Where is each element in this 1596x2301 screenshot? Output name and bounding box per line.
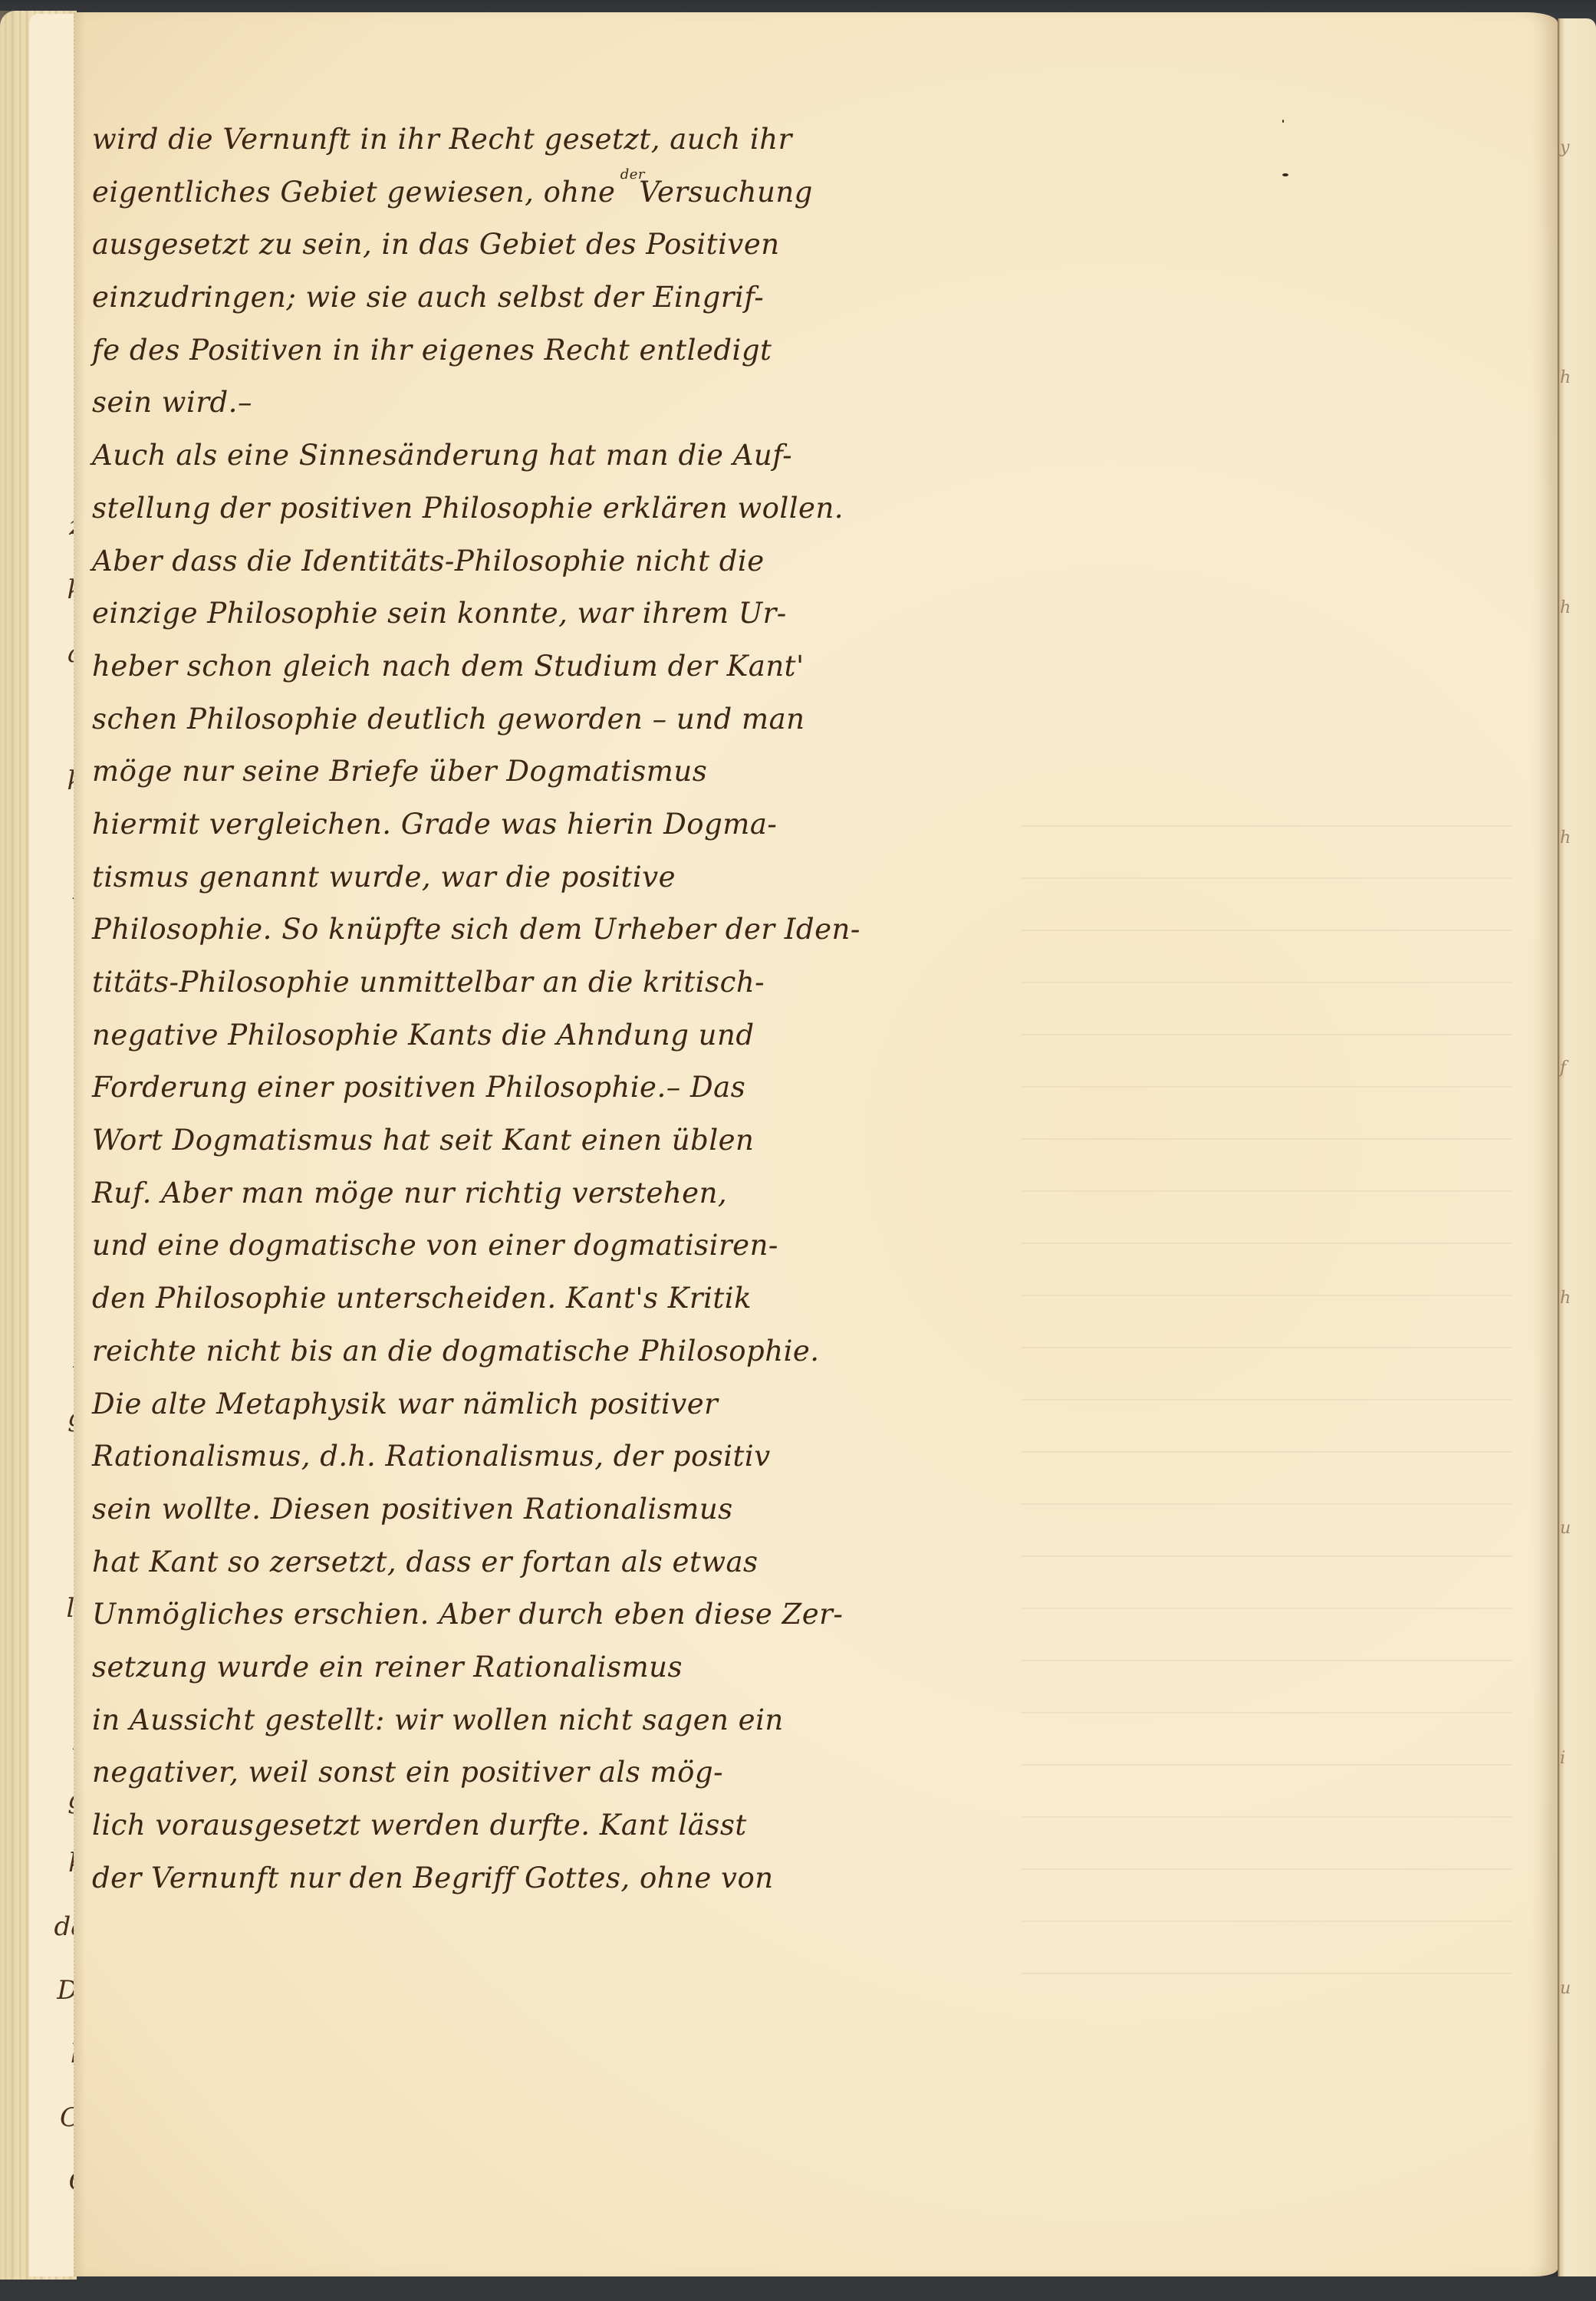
next-page-mark: h [1560,368,1574,387]
next-page-mark: h [1560,828,1574,848]
previous-page-strip: fAumstWzuknabnkuViVfnitalCmdfagadialligm… [29,14,77,2276]
paper-speck [1282,173,1288,176]
manuscript-line: Rationalismus, d.h. Rationalismus, der p… [92,1430,905,1483]
next-page-mark: u [1560,1519,1574,1538]
interlinear-insertion: der [620,166,645,183]
manuscript-line: tismus genannt wurde, war die positive [92,851,905,904]
manuscript-line: titäts-Philosophie unmittelbar an die kr… [92,956,905,1009]
manuscript-line: einzige Philosophie sein konnte, war ihr… [92,588,905,640]
next-page-mark: h [1560,598,1574,617]
manuscript-line: in Aussicht gestellt: wir wollen nicht s… [92,1694,905,1747]
next-page-edge [1558,18,1596,2276]
manuscript-line: reichte nicht bis an die dogmatische Phi… [92,1325,905,1378]
manuscript-line: Aber dass die Identitäts-Philosophie nic… [92,535,905,588]
manuscript-line: möge nur seine Briefe über Dogmatismus [92,746,905,798]
manuscript-line: einzudringen; wie sie auch selbst der Ei… [92,272,905,324]
manuscript-line: lich vorausgesetzt werden durfte. Kant l… [92,1799,905,1852]
manuscript-line: der Vernunft nur den Begriff Gottes, ohn… [92,1852,905,1905]
manuscript-line: Die alte Metaphysik war nämlich positive… [92,1378,905,1431]
manuscript-line: heber schon gleich nach dem Studium der … [92,640,905,693]
scanner-backdrop-bottom [0,2276,1596,2301]
next-page-mark: f [1560,1058,1574,1078]
paper-speck [1282,120,1284,123]
manuscript-line: Auch als eine Sinnesänderung hat man die… [92,430,905,482]
next-page-mark: i [1560,1749,1574,1768]
next-page-mark: h [1560,1289,1574,1308]
line-text-continued: Versuchung [630,176,813,209]
manuscript-line: hat Kant so zersetzt, dass er fortan als… [92,1536,905,1589]
manuscript-line: negative Philosophie Kants die Ahndung u… [92,1009,905,1062]
manuscript-line: fe des Positiven in ihr eigenes Recht en… [92,324,905,377]
manuscript-line: den Philosophie unterscheiden. Kant's Kr… [92,1272,905,1325]
manuscript-line: Ruf. Aber man möge nur richtig verstehen… [92,1167,905,1220]
manuscript-line: und eine dogmatische von einer dogmatisi… [92,1220,905,1272]
manuscript-line: Philosophie. So knüpfte sich dem Urheber… [92,904,905,956]
manuscript-line: sein wird.– [92,377,905,430]
manuscript-text: wird die Vernunft in ihr Recht gesetzt, … [92,114,905,1904]
manuscript-line: Unmögliches erschien. Aber durch eben di… [92,1588,905,1641]
manuscript-line: schen Philosophie deutlich geworden – un… [92,693,905,746]
manuscript-line: Forderung einer positiven Philosophie.– … [92,1062,905,1114]
next-page-mark: u [1560,1979,1574,1998]
manuscript-line: ausgesetzt zu sein, in das Gebiet des Po… [92,219,905,272]
next-page-mark: y [1560,138,1574,157]
manuscript-line: eigentliches Gebiet gewiesen, ohne der V… [92,166,905,219]
line-text: eigentliches Gebiet gewiesen, ohne [92,176,625,209]
manuscript-line: Wort Dogmatismus hat seit Kant einen übl… [92,1114,905,1167]
ink-bleed-through [1021,779,1512,2006]
manuscript-line: negativer, weil sonst ein positiver als … [92,1746,905,1799]
manuscript-line: wird die Vernunft in ihr Recht gesetzt, … [92,114,905,166]
manuscript-line: hiermit vergleichen. Grade was hierin Do… [92,798,905,851]
manuscript-line: setzung wurde ein reiner Rationalismus [92,1641,905,1694]
manuscript-line: sein wollte. Diesen positiven Rationalis… [92,1483,905,1536]
manuscript-line: stellung der positiven Philosophie erklä… [92,482,905,535]
